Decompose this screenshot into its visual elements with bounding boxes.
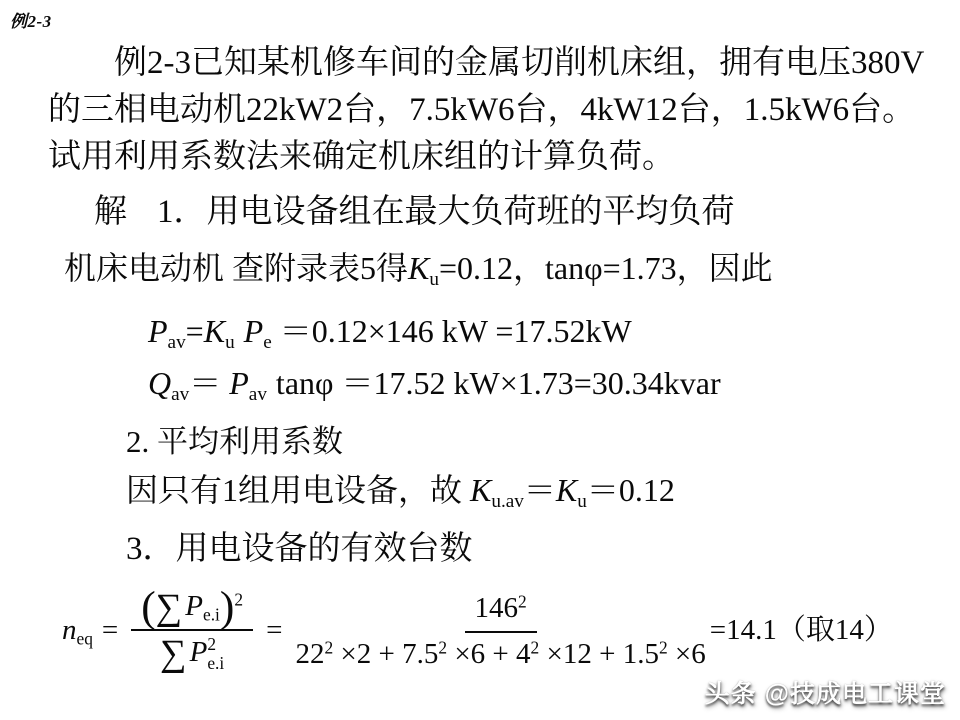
pei-variable: P bbox=[185, 590, 203, 622]
solve-label: 解 bbox=[94, 194, 127, 230]
problem-line-3: 试用利用系数法来确定机床组的计算负荷。 bbox=[48, 134, 940, 181]
step1-heading: 解1．用电设备组在最大负荷班的平均负荷 bbox=[94, 189, 940, 236]
ku-variable-3: K bbox=[556, 472, 577, 508]
pe-variable: P bbox=[244, 313, 264, 349]
sigma-icon: ∑ bbox=[160, 633, 186, 674]
step2-equals-2: ＝ bbox=[587, 472, 619, 508]
fraction-numeric-denominator: 222 ×2 + 7.52 ×6 + 42 ×12 + 1.52 ×6 bbox=[295, 633, 705, 672]
ku-variable-2: K bbox=[204, 313, 225, 349]
den-term-1: 22 bbox=[295, 638, 324, 670]
den-exp-3: 2 bbox=[531, 637, 540, 657]
pei-variable-2: P bbox=[190, 636, 208, 668]
pei-subscript-2: e.i bbox=[207, 654, 224, 673]
qav-subscript: av bbox=[171, 384, 189, 405]
den-term-4: 1.5 bbox=[623, 638, 659, 670]
formula-qav: Qav＝ Pavtanφ ＝17.52 kW×1.73=30.34kvar bbox=[148, 358, 940, 408]
den-term-3: 4 bbox=[516, 638, 531, 670]
pei-supsub: 2e.i bbox=[207, 635, 224, 674]
neq-equals-1: = bbox=[102, 613, 118, 648]
pei-exponent: 2 bbox=[207, 635, 224, 654]
step2-equals-1: ＝ bbox=[524, 472, 556, 508]
pe-subscript: e bbox=[263, 332, 272, 353]
ku-subscript-3: u bbox=[577, 491, 587, 512]
step2-line: 因只有1组用电设备，故 Ku.av＝Ku＝0.12 bbox=[126, 467, 940, 514]
watermark: 头条 @技成电工课堂 bbox=[705, 674, 946, 710]
step2-value: 0.12 bbox=[619, 472, 675, 508]
den-op-3: ×12 + bbox=[539, 638, 622, 670]
neq-result: =14.1（取14） bbox=[710, 613, 893, 648]
den-op-4: ×6 bbox=[668, 638, 706, 670]
problem-line-1: 例2-3已知某机修车间的金属切削机床组，拥有电压380V bbox=[48, 40, 940, 87]
lookup-suffix: =0.12，tanφ=1.73，因此 bbox=[439, 250, 773, 286]
slide-content: 例2-3已知某机修车间的金属切削机床组，拥有电压380V 的三相电动机22kW2… bbox=[48, 40, 940, 674]
pei-subscript: e.i bbox=[203, 605, 220, 625]
squared-exponent: 2 bbox=[234, 589, 243, 609]
neq-subscript: eq bbox=[77, 629, 93, 649]
pav-rhs: ＝0.12×146 kW =17.52kW bbox=[272, 313, 632, 349]
pav-variable-2: P bbox=[229, 365, 249, 401]
slide-corner-label: 例2-3 bbox=[10, 7, 52, 32]
den-exp-4: 2 bbox=[659, 637, 668, 657]
formula-pav: Pav=KuPe ＝0.12×146 kW =17.52kW bbox=[148, 306, 940, 356]
ku-subscript: u bbox=[429, 269, 439, 290]
step2-title: 2. 平均利用系数 bbox=[126, 418, 940, 465]
sigma-icon: ∑ bbox=[156, 587, 182, 628]
step1-title: 1．用电设备组在最大负荷班的平均负荷 bbox=[157, 194, 735, 230]
fraction-symbolic-denominator: ∑P2e.i bbox=[160, 631, 224, 674]
fraction-numeric-numerator: 1462 bbox=[465, 589, 537, 633]
ku-subscript-2: u bbox=[225, 332, 235, 353]
open-paren: ( bbox=[141, 583, 156, 631]
lookup-line: 机床电动机 查附录表5得Ku=0.12，tanφ=1.73，因此 bbox=[64, 245, 940, 292]
tan-phi: tanφ bbox=[276, 365, 334, 401]
den-exp-2: 2 bbox=[438, 637, 447, 657]
qav-variable: Q bbox=[148, 365, 171, 401]
lookup-prefix: 机床电动机 查附录表5得 bbox=[64, 250, 408, 286]
pav-variable: P bbox=[148, 313, 168, 349]
pav-subscript: av bbox=[168, 332, 186, 353]
den-op-2: ×6 + bbox=[447, 638, 516, 670]
problem-line-2: 的三相电动机22kW2台，7.5kW6台，4kW12台，1.5kW6台。 bbox=[48, 87, 940, 134]
close-paren: ) bbox=[220, 583, 235, 631]
step3-title: 3．用电设备的有效台数 bbox=[126, 526, 940, 573]
neq-equals-2: = bbox=[266, 613, 282, 648]
num-base: 146 bbox=[475, 592, 519, 624]
qav-equals: ＝ bbox=[189, 365, 229, 401]
den-op-1: ×2 + bbox=[333, 638, 402, 670]
pav-equals: = bbox=[186, 313, 204, 349]
formula-neq: neq = (∑Pe.i)2 ∑P2e.i = 1462 222 ×2 + 7.… bbox=[62, 587, 940, 674]
slide: 例2-3 例2-3已知某机修车间的金属切削机床组，拥有电压380V 的三相电动机… bbox=[0, 0, 960, 720]
kuav-subscript: u.av bbox=[491, 491, 524, 512]
ku-variable: K bbox=[408, 250, 429, 286]
kuav-variable: K bbox=[470, 472, 491, 508]
neq-lhs: neq bbox=[62, 613, 93, 648]
fraction-symbolic: (∑Pe.i)2 ∑P2e.i bbox=[131, 587, 253, 674]
pav-subscript-2: av bbox=[249, 384, 267, 405]
fraction-numeric: 1462 222 ×2 + 7.52 ×6 + 42 ×12 + 1.52 ×6 bbox=[295, 589, 705, 672]
num-exponent: 2 bbox=[518, 592, 527, 612]
qav-rhs: ＝17.52 kW×1.73=30.34kvar bbox=[333, 365, 720, 401]
step2-prefix: 因只有1组用电设备，故 bbox=[126, 472, 470, 508]
neq-variable: n bbox=[62, 614, 77, 646]
den-exp-1: 2 bbox=[324, 637, 333, 657]
fraction-symbolic-numerator: (∑Pe.i)2 bbox=[131, 587, 253, 631]
den-term-2: 7.5 bbox=[402, 638, 438, 670]
